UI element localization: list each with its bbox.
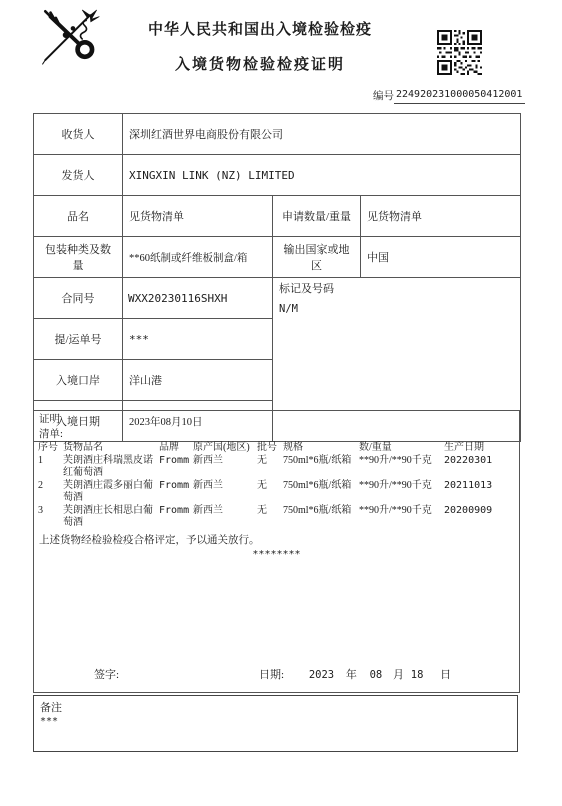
info-table: 收货人 深圳红酒世界电商股份有限公司 发货人 XINGXIN LINK (NZ)…: [33, 113, 521, 442]
goods-cell-spec: 750ml*6瓶/纸箱: [283, 455, 359, 480]
goods-cell-name: 芙朗酒庄霞多丽白葡萄酒: [63, 480, 159, 505]
goods-cell-index: 1: [38, 455, 63, 480]
table-row-consignee: 收货人 深圳红酒世界电商股份有限公司: [34, 114, 521, 155]
qr-code: [437, 30, 482, 75]
goods-cell-spec: 750ml*6瓶/纸箱: [283, 505, 359, 530]
date-group: 日期: 2023 年 08 月 18 日: [259, 666, 451, 682]
goods-cell-prod-date: 20211013: [444, 480, 514, 505]
applied-qty-label: 申请数量/重量: [273, 196, 361, 237]
document-title: 入境货物检验检疫证明: [100, 53, 420, 74]
date-day-unit: 日: [440, 666, 451, 682]
goods-row: 1 芙朗酒庄科瑞黑皮诺红葡萄酒 Fromm 新西兰 无 750ml*6瓶/纸箱 …: [38, 455, 514, 480]
goods-cell-brand: Fromm: [159, 480, 193, 505]
goods-cell-prod-date: 20200909: [444, 505, 514, 530]
goods-cell-name: 芙朗酒庄长相思白葡萄酒: [63, 505, 159, 530]
goods-cell-index: 3: [38, 505, 63, 530]
contract-no-value: WXX20230116SHXH: [123, 278, 273, 319]
export-country-label: 输出国家或地区: [273, 237, 361, 278]
remarks-label: 备注: [40, 699, 511, 715]
entry-port-value: 洋山港: [123, 360, 273, 401]
goods-header-brand: 品牌: [159, 442, 193, 455]
org-title: 中华人民共和国出入境检验检疫: [100, 18, 420, 39]
marks-value: N/M: [279, 303, 514, 315]
bl-no-label: 提/运单号: [34, 319, 123, 360]
ciq-emblem-icon: [36, 6, 102, 68]
goods-row: 3 芙朗酒庄长相思白葡萄酒 Fromm 新西兰 无 750ml*6瓶/纸箱 **…: [38, 505, 514, 530]
marks-label: 标记及号码: [279, 280, 514, 296]
consignee-label: 收货人: [34, 114, 123, 155]
contract-no-label: 合同号: [34, 278, 123, 319]
date-year: 2023: [309, 669, 334, 681]
goods-cell-name: 芙朗酒庄科瑞黑皮诺红葡萄酒: [63, 455, 159, 480]
product-name-value: 见货物清单: [123, 196, 273, 237]
release-statement: 上述货物经检验检疫合格评定，予以通关放行。: [34, 530, 519, 547]
remarks-box: 备注 ***: [33, 695, 518, 752]
goods-cell-brand: Fromm: [159, 505, 193, 530]
goods-header-index: 序号: [38, 442, 63, 455]
serial-label: 编号: [373, 91, 394, 102]
goods-header-row: 序号 货物品名 品牌 原产国(地区) 批号 规格 数/重量 生产日期: [38, 442, 514, 455]
list-heading: 清单:: [34, 426, 519, 441]
goods-cell-origin: 新西兰: [193, 505, 257, 530]
goods-cell-batch: 无: [257, 505, 283, 530]
goods-cell-origin: 新西兰: [193, 455, 257, 480]
certificate-box: 证明 清单: 序号 货物品名 品牌 原产国(地区) 批号 规格 数/重量 生产日…: [33, 410, 520, 693]
table-row-consignor: 发货人 XINGXIN LINK (NZ) LIMITED: [34, 155, 521, 196]
date-label: 日期:: [259, 666, 284, 682]
goods-cell-prod-date: 20220301: [444, 455, 514, 480]
goods-row: 2 芙朗酒庄霞多丽白葡萄酒 Fromm 新西兰 无 750ml*6瓶/纸箱 **…: [38, 480, 514, 505]
entry-port-label: 入境口岸: [34, 360, 123, 401]
goods-header-origin: 原产国(地区): [193, 442, 257, 455]
certificate-heading: 证明: [34, 411, 519, 426]
goods-cell-qty: **90升/**90千克: [359, 505, 444, 530]
certificate-document: 中华人民共和国出入境检验检疫 入境货物检验检疫证明: [0, 0, 562, 806]
table-row-packing: 包装种类及数量 **60纸制或纤维板制盒/箱 输出国家或地区 中国: [34, 237, 521, 278]
consignee-value: 深圳红酒世界电商股份有限公司: [123, 114, 521, 155]
serial-number-row: 编号224920231000050412001: [373, 88, 523, 104]
goods-table: 序号 货物品名 品牌 原产国(地区) 批号 规格 数/重量 生产日期 1 芙朗酒…: [38, 442, 514, 530]
goods-cell-qty: **90升/**90千克: [359, 455, 444, 480]
goods-header-spec: 规格: [283, 442, 359, 455]
goods-cell-qty: **90升/**90千克: [359, 480, 444, 505]
table-row-contract: 合同号 WXX20230116SHXH 标记及号码 N/M: [34, 278, 521, 319]
date-day: 18: [411, 669, 424, 681]
packing-value: **60纸制或纤维板制盒/箱: [123, 237, 273, 278]
end-of-text-mark: ********: [34, 549, 519, 560]
goods-header-prod-date: 生产日期: [444, 442, 514, 455]
consignor-value: XINGXIN LINK (NZ) LIMITED: [123, 155, 521, 196]
goods-header-name: 货物品名: [63, 442, 159, 455]
signature-label: 签字:: [94, 666, 119, 682]
date-month: 08: [370, 669, 383, 681]
product-name-label: 品名: [34, 196, 123, 237]
bl-no-value: ***: [123, 319, 273, 360]
goods-cell-origin: 新西兰: [193, 480, 257, 505]
packing-label: 包装种类及数量: [34, 237, 123, 278]
goods-header-qty: 数/重量: [359, 442, 444, 455]
goods-cell-spec: 750ml*6瓶/纸箱: [283, 480, 359, 505]
goods-cell-batch: 无: [257, 480, 283, 505]
export-country-value: 中国: [361, 237, 521, 278]
goods-header-batch: 批号: [257, 442, 283, 455]
consignor-label: 发货人: [34, 155, 123, 196]
serial-number: 224920231000050412001: [394, 89, 525, 104]
remarks-value: ***: [40, 716, 511, 727]
goods-cell-index: 2: [38, 480, 63, 505]
table-row-product: 品名 见货物清单 申请数量/重量 见货物清单: [34, 196, 521, 237]
goods-cell-brand: Fromm: [159, 455, 193, 480]
date-year-unit: 年: [346, 666, 357, 682]
applied-qty-value: 见货物清单: [361, 196, 521, 237]
date-month-unit: 月: [393, 666, 404, 682]
goods-cell-batch: 无: [257, 455, 283, 480]
title-block: 中华人民共和国出入境检验检疫 入境货物检验检疫证明: [100, 0, 420, 74]
